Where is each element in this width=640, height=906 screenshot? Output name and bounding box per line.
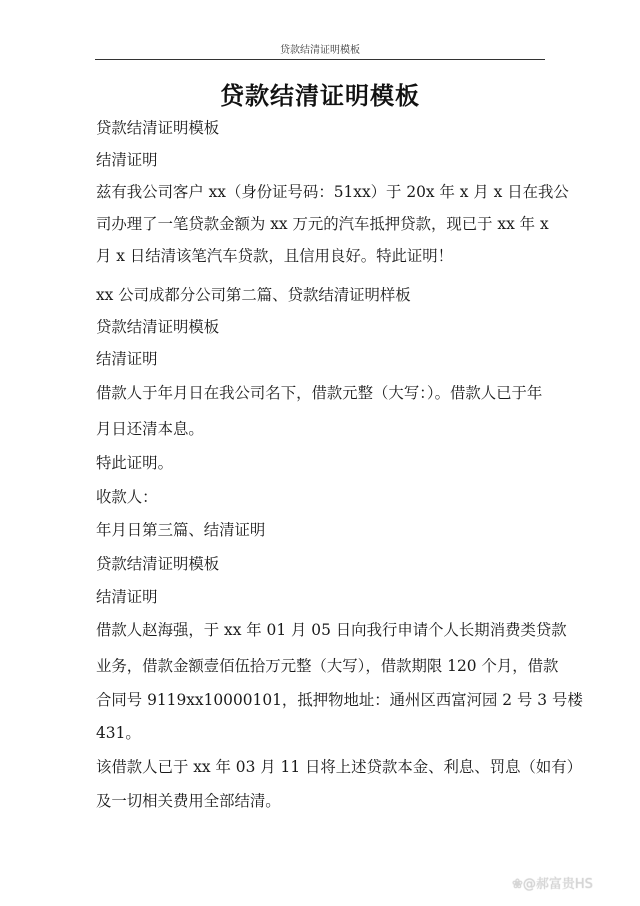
body-line: 司办理了一笔贷款金额为 xx 万元的汽车抵押贷款，现已于 xx 年 x xyxy=(96,214,546,234)
body-line: 兹有我公司客户 xx（身份证号码：51xx）于 20x 年 x 月 x 日在我公 xyxy=(96,182,546,202)
body-line: 贷款结清证明模板 xyxy=(96,118,546,138)
watermark-text: @郝富贵HS xyxy=(523,877,593,892)
body-line: 结清证明 xyxy=(96,587,546,607)
watermark: ❀@郝富贵HS xyxy=(512,873,593,892)
running-header: 贷款结清证明模板 xyxy=(0,45,640,57)
body-line: 合同号 9119xx10000101，抵押物地址：通州区西富河园 2 号 3 号… xyxy=(96,690,546,710)
body-line: 结清证明 xyxy=(96,349,546,369)
body-line: 431。 xyxy=(96,723,546,743)
body-line: 业务，借款金额壹佰伍拾万元整（大写），借款期限 120 个月，借款 xyxy=(96,656,546,676)
body-line: 特此证明。 xyxy=(96,453,546,473)
paw-icon: ❀ xyxy=(512,877,523,892)
header-divider xyxy=(95,59,545,60)
body-line: 该借款人已于 xx 年 03 月 11 日将上述贷款本金、利息、罚息（如有） xyxy=(96,757,546,777)
body-line: 借款人于年月日在我公司名下，借款元整（大写：）。借款人已于年 xyxy=(96,383,546,403)
body-line: 年月日第三篇、结清证明 xyxy=(96,520,546,540)
body-line: 收款人： xyxy=(96,487,546,507)
body-line: 月日还清本息。 xyxy=(96,419,546,439)
body-line: 结清证明 xyxy=(96,150,546,170)
body-line: 借款人赵海强，于 xx 年 01 月 05 日向我行申请个人长期消费类贷款 xyxy=(96,620,546,640)
body-line: 及一切相关费用全部结清。 xyxy=(96,791,546,811)
body-line: 贷款结清证明模板 xyxy=(96,317,546,337)
document-title: 贷款结清证明模板 xyxy=(0,80,640,112)
body-line: 贷款结清证明模板 xyxy=(96,554,546,574)
body-line: xx 公司成都分公司第二篇、贷款结清证明样板 xyxy=(96,285,546,305)
body-line: 月 x 日结清该笔汽车贷款，且信用良好。特此证明！ xyxy=(96,246,546,266)
